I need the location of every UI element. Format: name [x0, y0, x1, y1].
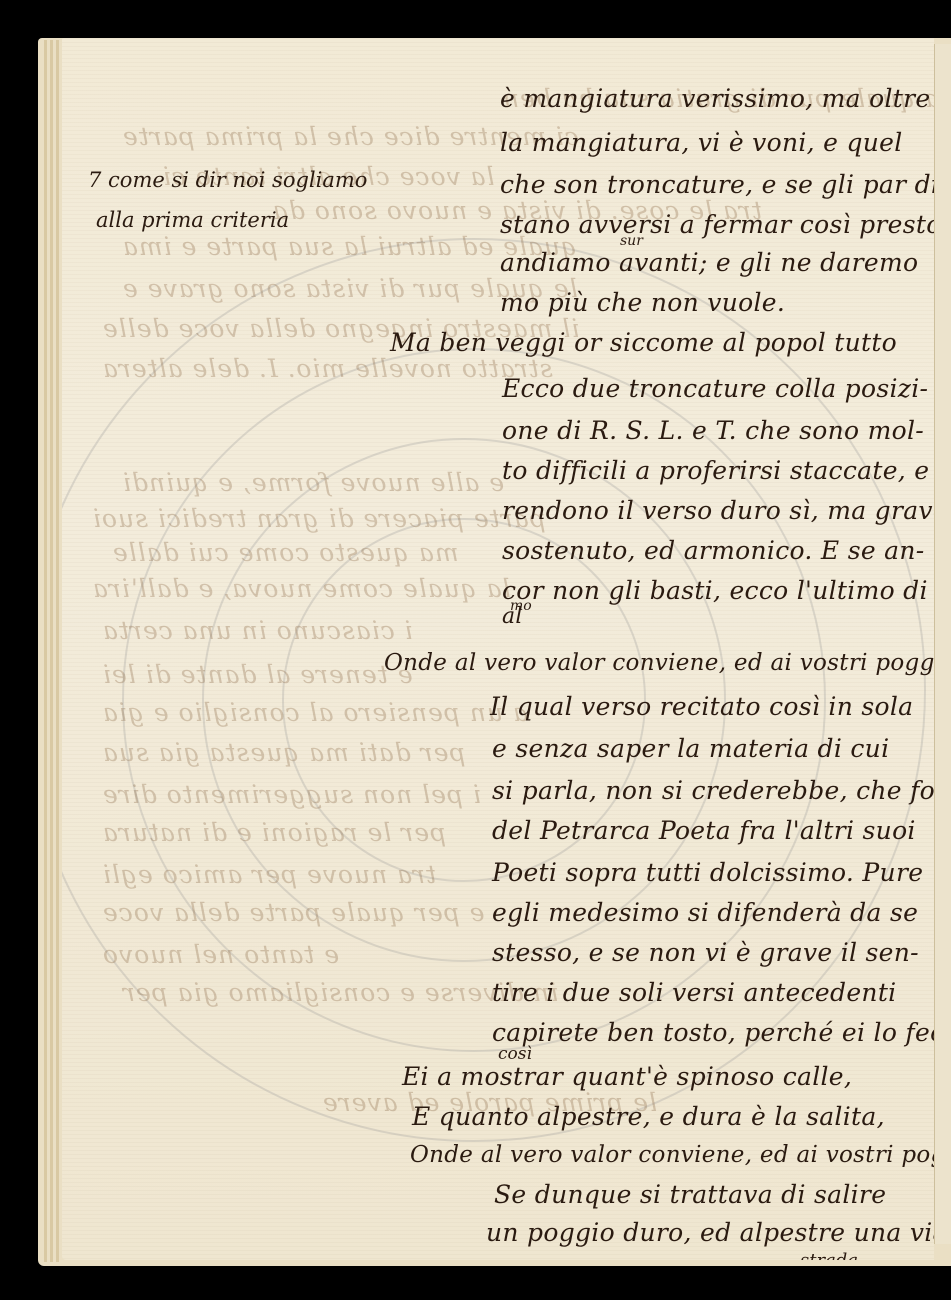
text-line: to difficili a proferirsi staccate, e	[502, 456, 929, 485]
text-line: si parla, non si crederebbe, che fosse	[492, 776, 934, 805]
interlinear-note: così	[498, 1044, 532, 1064]
text-line: Ei a mostrar quant'è spinoso calle,	[402, 1062, 852, 1091]
text-line: mo più che non vuole.	[500, 288, 785, 317]
page-edge	[44, 40, 47, 1262]
text-line: un poggio duro, ed alpestre una via	[486, 1218, 934, 1247]
margin-note-line: 7 come si dir noi sogliamo	[88, 168, 367, 192]
text-line: Il qual verso recitato così in sola	[490, 692, 913, 721]
interlinear-note: sur	[620, 233, 643, 249]
ghost-line: per le ragioni e di natura	[102, 818, 446, 847]
text-line: del Petrarca Poeta fra l'altri suoi	[492, 816, 916, 845]
ghost-line: ma questo come cui dalle	[112, 538, 459, 567]
ghost-line: i ciascuno in una certa	[102, 616, 413, 645]
text-line: Onde al vero valor conviene, ed ai vostr…	[384, 650, 934, 676]
ghost-line: parte piacere di gran tredici suoi	[92, 504, 546, 533]
ghost-line: e alle nuove forme, e quindi	[122, 468, 504, 497]
ghost-line: stratto novelle mio. I. dele altera	[102, 354, 553, 383]
ghost-line: tra nuove per amico egli	[102, 860, 436, 889]
ghost-line: per dati ma questa gia sua	[102, 738, 465, 767]
text-line: Ma ben veggi or siccome al popol tutto	[390, 328, 897, 357]
text-line: che son troncature, e se gli par di	[500, 170, 934, 199]
next-page-edge	[934, 44, 951, 1244]
text-line: cor non gli basti, ecco l'ultimo di	[502, 576, 928, 605]
text-line: Poeti sopra tutti dolcissimo. Pure	[492, 858, 923, 887]
text-line: al	[502, 604, 523, 629]
text-line: stano avversi a fermar così presto	[500, 210, 934, 239]
page-edge	[56, 40, 59, 1262]
text-line: tire i due soli versi antecedenti	[492, 978, 896, 1007]
text-line: capirete ben tosto, perché ei lo fece	[492, 1018, 934, 1047]
text-line: la mangiatura, vi è voni, e quel	[500, 128, 903, 157]
ghost-line: a un pensiero al consiglio e gia	[102, 698, 528, 727]
text-line: e senza saper la materia di cui	[492, 734, 889, 763]
text-line: sostenuto, ed armonico. E se an-	[502, 536, 925, 565]
ghost-line: la quale come nuova, e dall'ira	[92, 574, 511, 603]
text-line: egli medesimo si difenderà da se	[492, 898, 918, 927]
text-line: Ecco due troncature colla posizi-	[502, 374, 928, 403]
manuscript-page: colla quale pur di gratia sua ha ben ci …	[62, 38, 934, 1260]
ghost-line: e tanto nel nuovo	[102, 940, 339, 969]
ghost-line: i pel non suggerimento dire	[102, 780, 481, 809]
text-line: one di R. S. L. e T. che sono mol-	[502, 416, 924, 445]
text-line: è mangiatura verissimo, ma oltre	[500, 84, 930, 113]
text-line: E quanto alpestre, e dura è la salita,	[412, 1102, 885, 1131]
ghost-line: e per quale parte della voce	[102, 898, 484, 927]
page-edge	[50, 40, 53, 1262]
text-line: rendono il verso duro sì, ma grave	[502, 496, 934, 525]
ghost-line: e tenere al dante di lei	[102, 660, 413, 689]
margin-note-line: alla prima criteria	[96, 208, 289, 232]
catchword: strada	[800, 1250, 858, 1260]
text-line: Se dunque si trattava di salire	[494, 1180, 886, 1209]
text-line: stesso, e se non vi è grave il sen-	[492, 938, 919, 967]
text-line: andiamo avanti; e gli ne daremo	[500, 248, 918, 277]
text-line: Onde al vero valor conviene, ed ai vostr…	[410, 1142, 934, 1168]
